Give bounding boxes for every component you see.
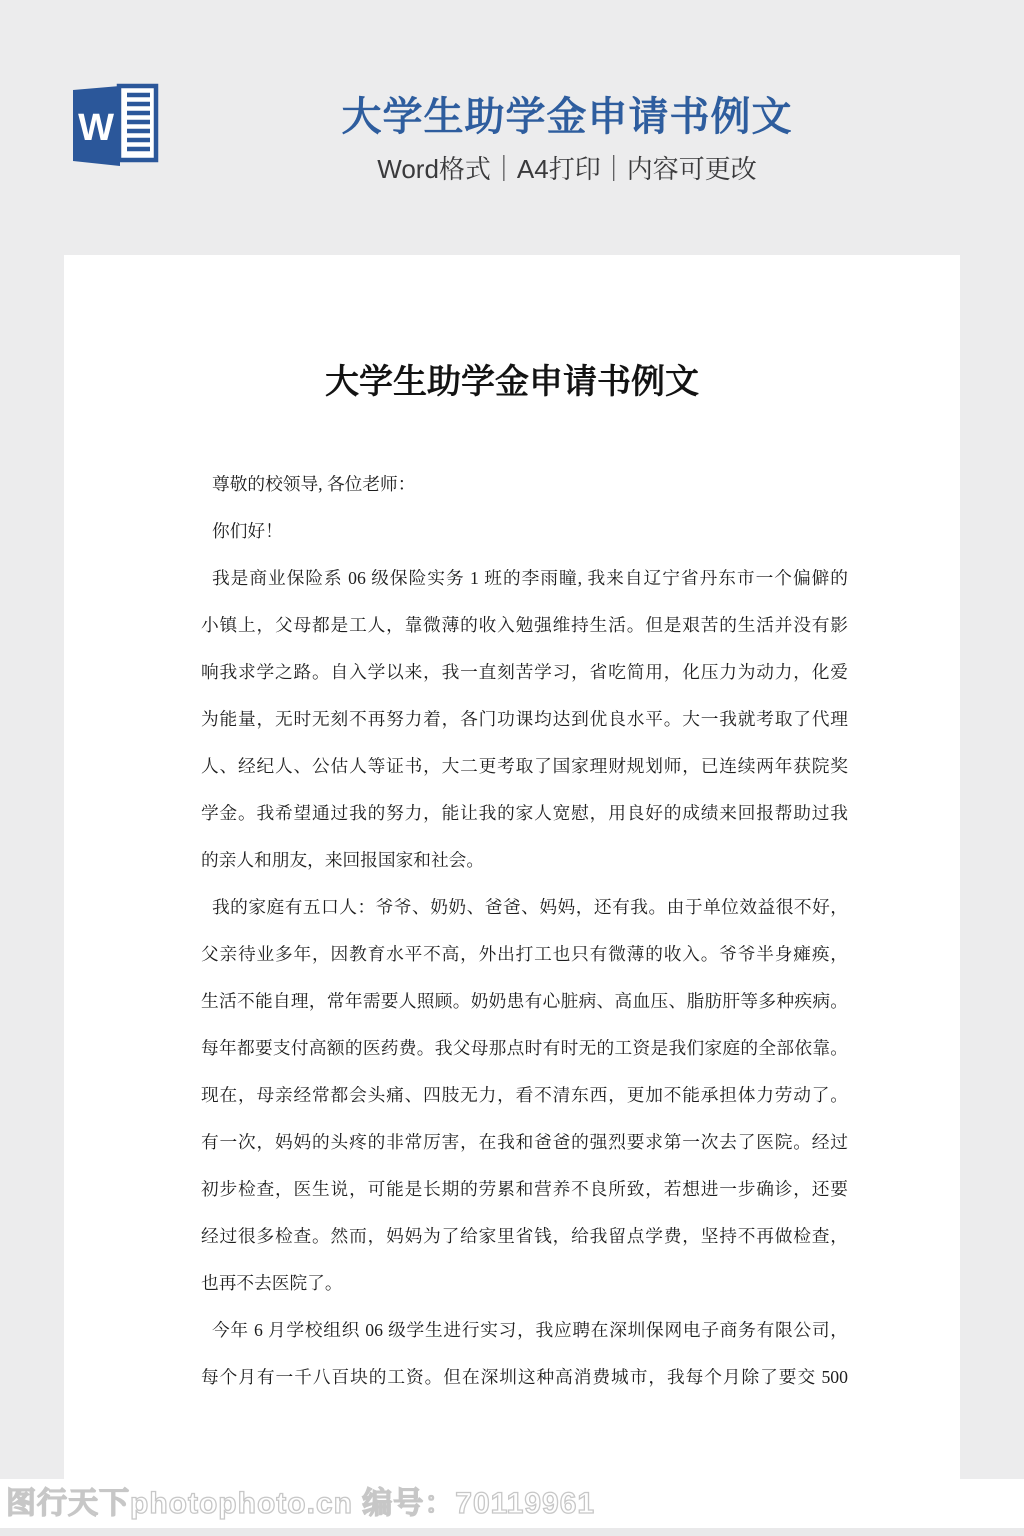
document-line: 的亲人和朋友，来回报国家和社会。	[201, 837, 848, 884]
document-line: 今年 6 月学校组织 06 级学生进行实习，我应聘在深圳保网电子商务有限公司，	[201, 1307, 848, 1354]
document-line: 每年都要支付高额的医药费。我父母那点时有时无的工资是我们家庭的全部依靠。	[201, 1025, 848, 1072]
document-body: 尊敬的校领导, 各位老师：你们好！我是商业保险系 06 级保险实务 1 班的李雨…	[201, 461, 848, 1401]
document-line: 响我求学之路。自入学以来，我一直刻苦学习，省吃简用，化压力为动力，化爱	[201, 649, 848, 696]
document-line: 我是商业保险系 06 级保险实务 1 班的李雨瞳, 我来自辽宁省丹东市一个偏僻的	[201, 555, 848, 602]
document-title: 大学生助学金申请书例文	[64, 363, 960, 404]
document-line: 人、经纪人、公估人等证书，大二更考取了国家理财规划师，已连续两年获院奖	[201, 743, 848, 790]
document-line: 你们好！	[201, 508, 848, 555]
document-line: 尊敬的校领导, 各位老师：	[201, 461, 848, 508]
document-line: 经过很多检查。然而，妈妈为了给家里省钱，给我留点学费，坚持不再做检查，	[201, 1213, 848, 1260]
document-line: 小镇上，父母都是工人，靠微薄的收入勉强维持生活。但是艰苦的生活并没有影	[201, 602, 848, 649]
word-logo-letter: W	[78, 107, 114, 149]
document-line: 现在，母亲经常都会头痛、四肢无力，看不清东西，更加不能承担体力劳动了。	[201, 1072, 848, 1119]
document-line: 父亲待业多年，因教育水平不高，外出打工也只有微薄的收入。爷爷半身瘫痪，	[201, 931, 848, 978]
footer-band: 图行天下photophoto.cn 编号：70119961	[0, 1479, 1024, 1528]
document-line: 初步检查，医生说，可能是长期的劳累和营养不良所致，若想进一步确诊，还要	[201, 1166, 848, 1213]
footer-strip	[0, 1528, 1024, 1536]
document-line: 为能量，无时无刻不再努力着，各门功课均达到优良水平。大一我就考取了代理	[201, 696, 848, 743]
document-line: 有一次，妈妈的头疼的非常厉害，在我和爸爸的强烈要求第一次去了医院。经过	[201, 1119, 848, 1166]
page-background: { "colors": { "background": "#ececed", "…	[0, 0, 1024, 1536]
document-line: 每个月有一千八百块的工资。但在深圳这种高消费城市，我每个月除了要交 500	[201, 1354, 848, 1401]
header-subtitle: Word格式｜A4打印｜内容可更改	[110, 154, 1024, 185]
header-title: 大学生助学金申请书例文	[110, 94, 1024, 140]
header: 大学生助学金申请书例文 Word格式｜A4打印｜内容可更改	[110, 94, 1024, 185]
document-line: 学金。我希望通过我的努力，能让我的家人宽慰，用良好的成绩来回报帮助过我	[201, 790, 848, 837]
document-line: 我的家庭有五口人：爷爷、奶奶、爸爸、妈妈，还有我。由于单位效益很不好，	[201, 884, 848, 931]
document-line: 也再不去医院了。	[201, 1260, 848, 1307]
document-line: 生活不能自理，常年需要人照顾。奶奶患有心脏病、高血压、脂肪肝等多种疾病。	[201, 978, 848, 1025]
document-page: 大学生助学金申请书例文 尊敬的校领导, 各位老师：你们好！我是商业保险系 06 …	[64, 255, 960, 1536]
footer-watermark: 图行天下photophoto.cn 编号：70119961	[6, 1479, 595, 1528]
